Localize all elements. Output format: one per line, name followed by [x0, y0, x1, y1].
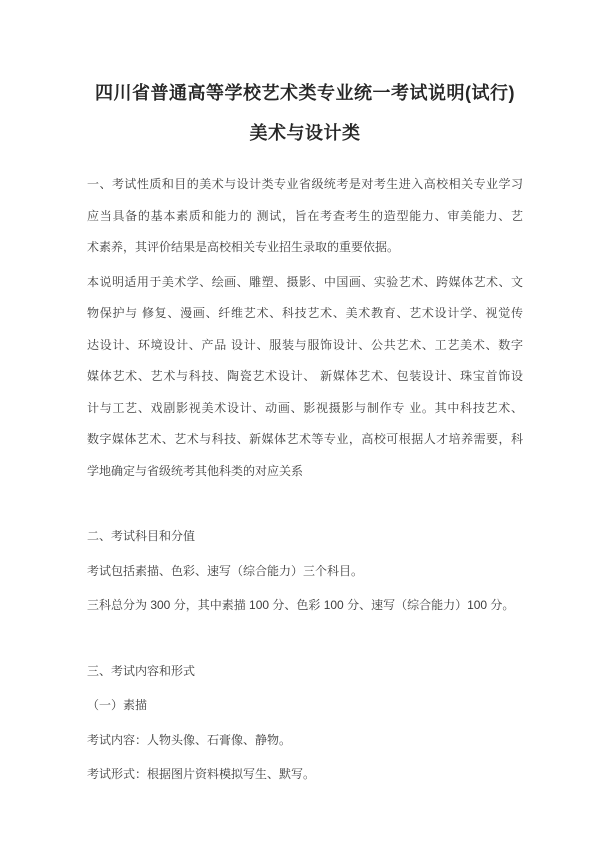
text-line: 计与工艺、戏剧影视美术设计、动画、影视摄影与制作专 业。其中科技艺术、: [87, 393, 523, 425]
para-applicable-majors: 本说明适用于美术学、绘画、雕塑、摄影、中国画、实验艺术、跨媒体艺术、文物保护与 …: [87, 267, 523, 488]
text-line: 二、考试科目和分值: [87, 521, 523, 553]
para-subjects: 考试包括素描、色彩、速写（综合能力）三个科目。: [87, 556, 523, 588]
heading-exam-content-format: 三、考试内容和形式: [87, 656, 523, 688]
title-line-1: 四川省普通高等学校艺术类专业统一考试说明(试行): [87, 73, 523, 113]
text-line: 术素养，其评价结果是高校相关专业招生录取的重要依据。: [87, 232, 523, 264]
para-exam-nature-purpose: 一、考试性质和目的美术与设计类专业省级统考是对考生进入高校相关专业学习应当具备的…: [87, 169, 523, 264]
document-page: 四川省普通高等学校艺术类专业统一考试说明(试行) 美术与设计类 一、考试性质和目…: [0, 0, 609, 861]
text-line: 物保护与 修复、漫画、纤维艺术、科技艺术、美术教育、艺术设计学、视觉传: [87, 298, 523, 330]
heading-exam-subjects-scores: 二、考试科目和分值: [87, 521, 523, 553]
text-line: 数字媒体艺术、艺术与科技、新媒体艺术等专业，高校可根据人才培养需要，科: [87, 424, 523, 456]
text-line: 三、考试内容和形式: [87, 656, 523, 688]
document-title: 四川省普通高等学校艺术类专业统一考试说明(试行) 美术与设计类: [87, 73, 523, 153]
text-line: 三科总分为 300 分，其中素描 100 分、色彩 100 分、速写（综合能力）…: [87, 590, 523, 622]
text-line: 考试包括素描、色彩、速写（综合能力）三个科目。: [87, 556, 523, 588]
subheading-sketch: （一）素描: [87, 690, 523, 722]
text-line: 考试内容：人物头像、石膏像、静物。: [87, 725, 523, 757]
text-line: 应当具备的基本素质和能力的 测试，旨在考查考生的造型能力、审美能力、艺: [87, 201, 523, 233]
text-line: （一）素描: [87, 690, 523, 722]
para-sketch-content: 考试内容：人物头像、石膏像、静物。: [87, 725, 523, 757]
text-line: 一、考试性质和目的美术与设计类专业省级统考是对考生进入高校相关专业学习: [87, 169, 523, 201]
text-line: 达设计、环境设计、产品 设计、服装与服饰设计、公共艺术、工艺美术、数字: [87, 330, 523, 362]
para-total-score: 三科总分为 300 分，其中素描 100 分、色彩 100 分、速写（综合能力）…: [87, 590, 523, 622]
para-sketch-format: 考试形式：根据图片资料模拟写生、默写。: [87, 759, 523, 791]
document-body: 一、考试性质和目的美术与设计类专业省级统考是对考生进入高校相关专业学习应当具备的…: [87, 169, 523, 791]
text-line: 媒体艺术、艺术与科技、陶瓷艺术设计、 新媒体艺术、包装设计、珠宝首饰设: [87, 361, 523, 393]
text-line: 本说明适用于美术学、绘画、雕塑、摄影、中国画、实验艺术、跨媒体艺术、文: [87, 267, 523, 299]
text-line: 考试形式：根据图片资料模拟写生、默写。: [87, 759, 523, 791]
text-line: 学地确定与省级统考其他科类的对应关系: [87, 456, 523, 488]
title-line-2: 美术与设计类: [87, 113, 523, 153]
